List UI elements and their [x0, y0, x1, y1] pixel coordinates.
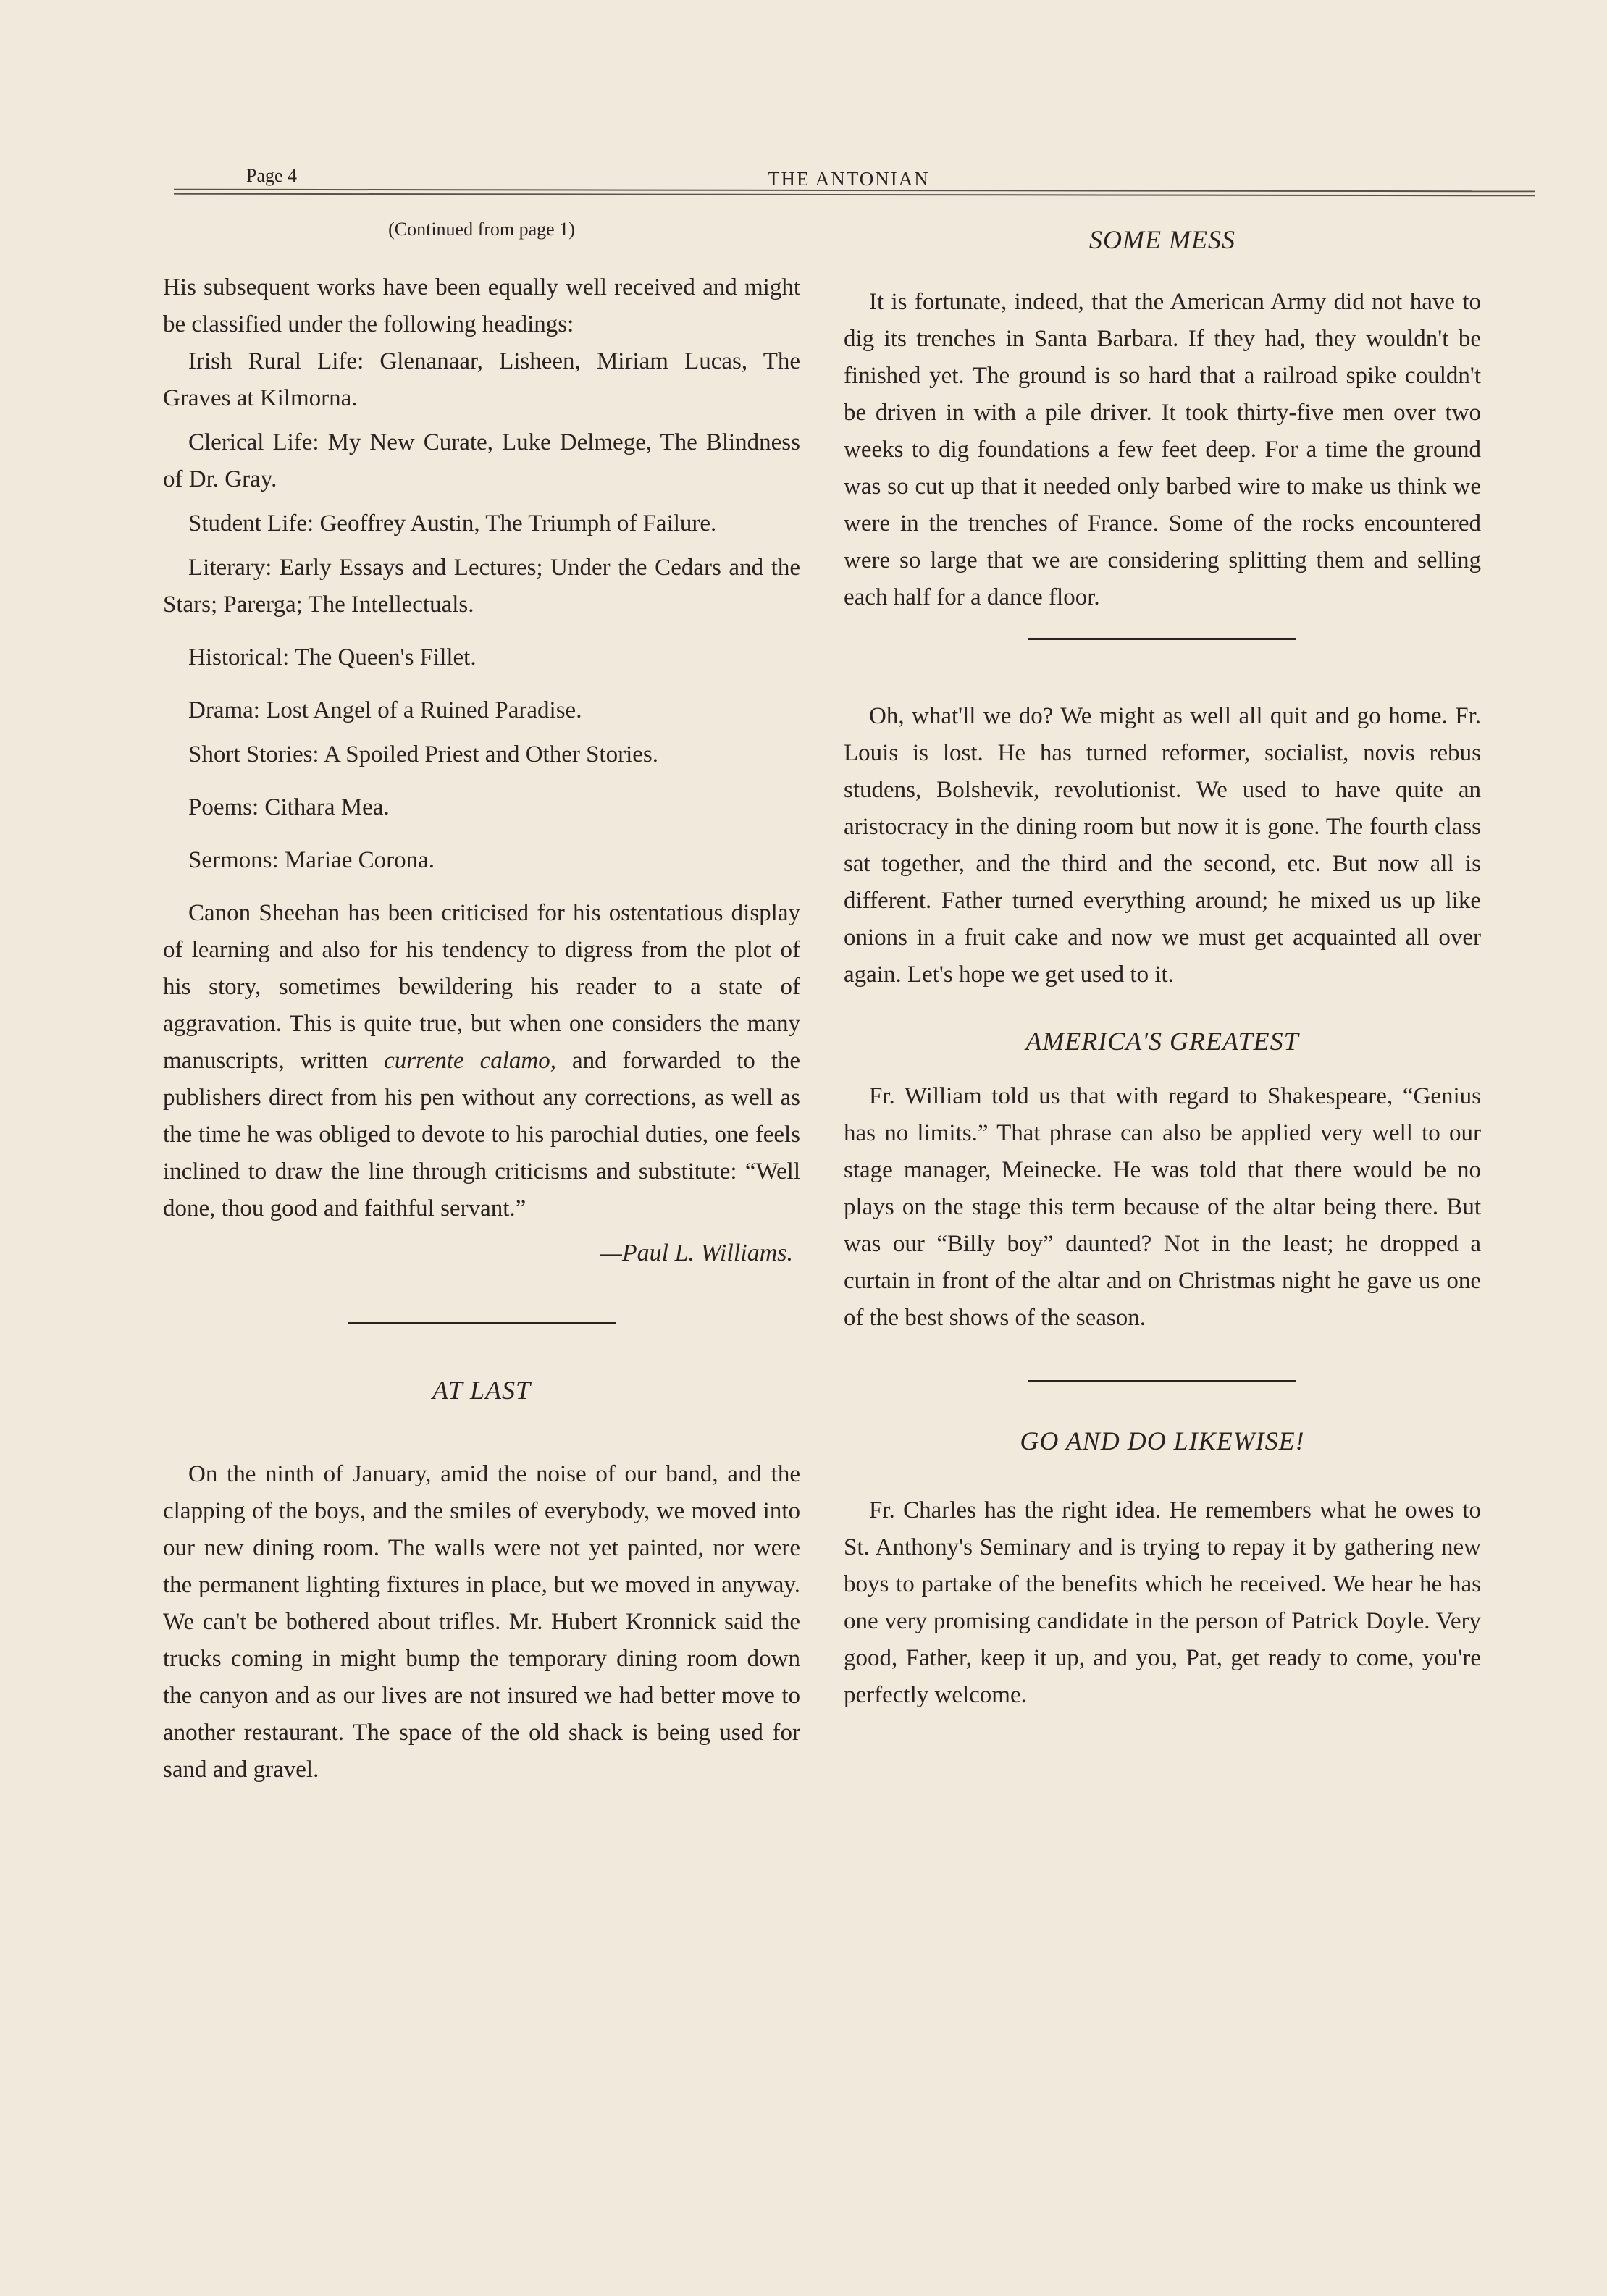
article-paragraph: Fr. Charles has the right idea. He remem…: [844, 1492, 1481, 1714]
latin-phrase: currente calamo,: [384, 1048, 556, 1074]
left-column: (Continued from page 1) His subsequent w…: [163, 210, 800, 1788]
works-item: Historical: The Queen's Fillet.: [163, 639, 800, 676]
works-item: Poems: Cithara Mea.: [163, 789, 800, 826]
right-column: SOME MESS It is fortunate, indeed, that …: [844, 210, 1481, 1714]
works-item: Drama: Lost Angel of a Ruined Paradise.: [163, 692, 800, 729]
works-item: Sermons: Mariae Corona.: [163, 842, 800, 879]
article-paragraph: Fr. William told us that with regard to …: [844, 1078, 1481, 1337]
author-signature: —Paul L. Williams.: [163, 1235, 800, 1271]
article-title: GO AND DO LIKEWISE!: [844, 1426, 1481, 1456]
article-paragraph: On the ninth of January, amid the noise …: [163, 1456, 800, 1788]
works-item: Student Life: Geoffrey Austin, The Trium…: [163, 505, 800, 542]
works-item: Clerical Life: My New Curate, Luke Delme…: [163, 424, 800, 498]
continued-note: (Continued from page 1): [163, 219, 800, 240]
article-paragraph: Oh, what'll we do? We might as well all …: [844, 698, 1481, 993]
page-header: Page 4 THE ANTONIAN: [174, 159, 1535, 203]
publication-title: THE ANTONIAN: [768, 168, 930, 190]
works-item: Short Stories: A Spoiled Priest and Othe…: [163, 736, 800, 773]
article-title: AMERICA'S GREATEST: [844, 1026, 1481, 1056]
article-paragraph: It is fortunate, indeed, that the Americ…: [844, 284, 1481, 616]
header-rule: [174, 189, 1535, 193]
article-paragraph: Canon Sheehan has been criticised for hi…: [163, 895, 800, 1227]
article-title: AT LAST: [163, 1375, 800, 1405]
newspaper-page: Page 4 THE ANTONIAN (Continued from page…: [0, 0, 1607, 2296]
page-number: Page 4: [246, 165, 297, 187]
header-rule-secondary: [174, 193, 1535, 196]
article-paragraph: His subsequent works have been equally w…: [163, 269, 800, 343]
works-item: Literary: Early Essays and Lectures; Und…: [163, 550, 800, 623]
article-title: SOME MESS: [844, 224, 1481, 255]
works-item: Irish Rural Life: Glenanaar, Lisheen, Mi…: [163, 343, 800, 417]
